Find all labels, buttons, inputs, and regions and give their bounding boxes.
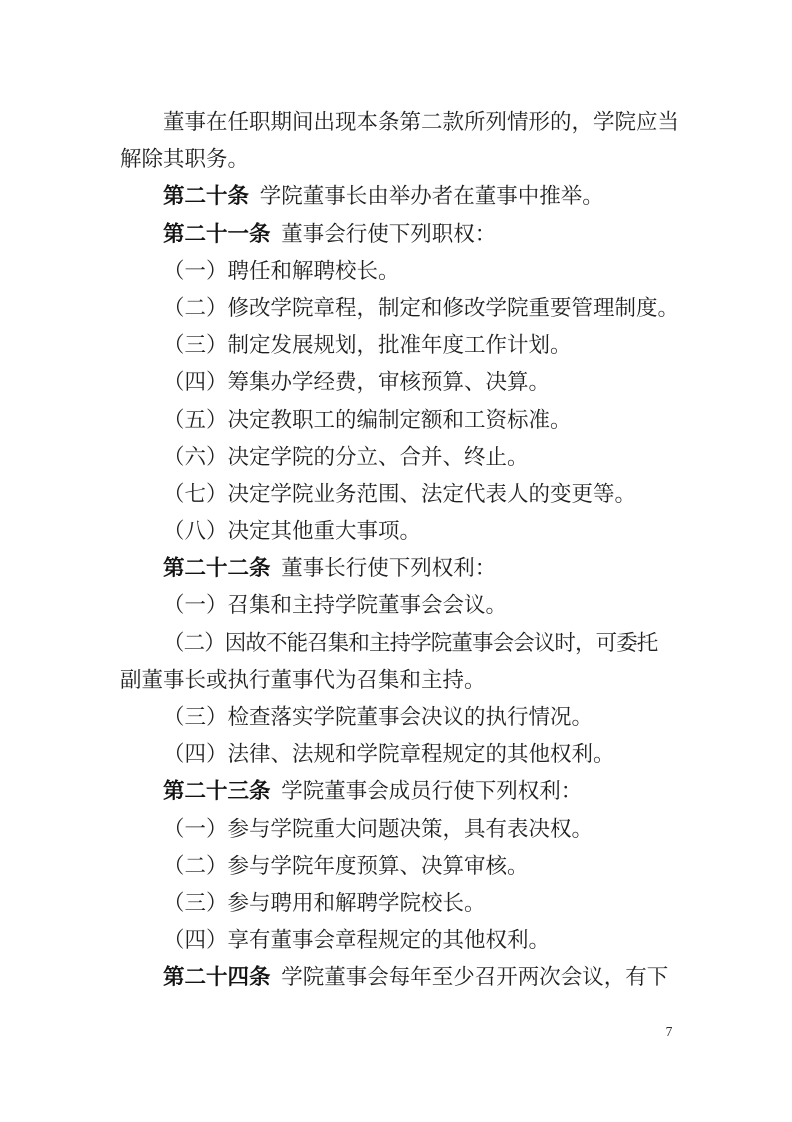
- text-line: （三）制定发展规划，批准年度工作计划。: [120, 327, 678, 364]
- text-line: （八）决定其他重大事项。: [120, 513, 678, 550]
- text-line: （一）聘任和解聘校长。: [120, 253, 678, 290]
- text-line: （二）参与学院年度预算、决算审核。: [120, 848, 678, 885]
- line-text: 学院董事会每年至少召开两次会议，有下: [281, 965, 668, 989]
- article-number: 第二十二条: [163, 556, 271, 580]
- article-number: 第二十四条: [163, 965, 271, 989]
- page-number: 7: [658, 1023, 680, 1041]
- line-text: （四）筹集办学经费，审核预算、决算。: [163, 370, 550, 394]
- article-heading-line: 第二十一条董事会行使下列职权：: [120, 216, 678, 253]
- text-line: （一）参与学院重大问题决策，具有表决权。: [120, 811, 678, 848]
- article-number: 第二十条: [163, 184, 249, 208]
- line-text: （五）决定教职工的编制定额和工资标准。: [163, 408, 572, 432]
- article-heading-line: 第二十三条学院董事会成员行使下列权利：: [120, 773, 678, 810]
- text-line: （二）因故不能召集和主持学院董事会会议时，可委托: [120, 625, 678, 662]
- line-text: （三）参与聘用和解聘学院校长。: [163, 891, 486, 915]
- article-number: 第二十三条: [163, 779, 271, 803]
- text-line: （一）召集和主持学院董事会会议。: [120, 587, 678, 624]
- text-line: （四）筹集办学经费，审核预算、决算。: [120, 364, 678, 401]
- line-text: （三）制定发展规划，批准年度工作计划。: [163, 333, 572, 357]
- line-text: 学院董事会成员行使下列权利：: [281, 779, 582, 803]
- line-text: 董事在任职期间出现本条第二款所列情形的，学院应当: [163, 110, 679, 134]
- text-line: 解除其职务。: [120, 141, 678, 178]
- document-body: 董事在任职期间出现本条第二款所列情形的，学院应当解除其职务。第二十条学院董事长由…: [120, 104, 678, 997]
- line-text: （七）决定学院业务范围、法定代表人的变更等。: [163, 482, 636, 506]
- text-line: （六）决定学院的分立、合并、终止。: [120, 439, 678, 476]
- text-line: （七）决定学院业务范围、法定代表人的变更等。: [120, 476, 678, 513]
- text-line: （三）检查落实学院董事会决议的执行情况。: [120, 699, 678, 736]
- line-text: （八）决定其他重大事项。: [163, 519, 421, 543]
- line-text: （四）法律、法规和学院章程规定的其他权利。: [163, 742, 615, 766]
- line-text: 董事长行使下列权利：: [281, 556, 496, 580]
- line-text: （二）修改学院章程，制定和修改学院重要管理制度。: [163, 296, 679, 320]
- article-heading-line: 第二十四条学院董事会每年至少召开两次会议，有下: [120, 959, 678, 996]
- line-text: （二）因故不能召集和主持学院董事会会议时，可委托: [163, 631, 657, 655]
- line-text: （一）聘任和解聘校长。: [163, 259, 400, 283]
- text-line: （三）参与聘用和解聘学院校长。: [120, 885, 678, 922]
- article-heading-line: 第二十二条董事长行使下列权利：: [120, 550, 678, 587]
- line-text: （一）召集和主持学院董事会会议。: [163, 593, 507, 617]
- text-line: 董事在任职期间出现本条第二款所列情形的，学院应当: [120, 104, 678, 141]
- article-number: 第二十一条: [163, 222, 271, 246]
- line-text: （二）参与学院年度预算、决算审核。: [163, 854, 529, 878]
- line-text: （三）检查落实学院董事会决议的执行情况。: [163, 705, 593, 729]
- line-text: 解除其职务。: [120, 147, 249, 171]
- line-text: （一）参与学院重大问题决策，具有表决权。: [163, 817, 593, 841]
- text-line: （二）修改学院章程，制定和修改学院重要管理制度。: [120, 290, 678, 327]
- text-line: 副董事长或执行董事代为召集和主持。: [120, 662, 678, 699]
- text-line: （四）法律、法规和学院章程规定的其他权利。: [120, 736, 678, 773]
- document-page: 董事在任职期间出现本条第二款所列情形的，学院应当解除其职务。第二十条学院董事长由…: [0, 0, 792, 1122]
- article-heading-line: 第二十条学院董事长由举办者在董事中推举。: [120, 178, 678, 215]
- line-text: 董事会行使下列职权：: [281, 222, 496, 246]
- text-line: （五）决定教职工的编制定额和工资标准。: [120, 402, 678, 439]
- line-text: （六）决定学院的分立、合并、终止。: [163, 445, 529, 469]
- text-line: （四）享有董事会章程规定的其他权利。: [120, 922, 678, 959]
- line-text: （四）享有董事会章程规定的其他权利。: [163, 928, 550, 952]
- line-text: 学院董事长由举办者在董事中推举。: [260, 184, 604, 208]
- line-text: 副董事长或执行董事代为召集和主持。: [120, 668, 486, 692]
